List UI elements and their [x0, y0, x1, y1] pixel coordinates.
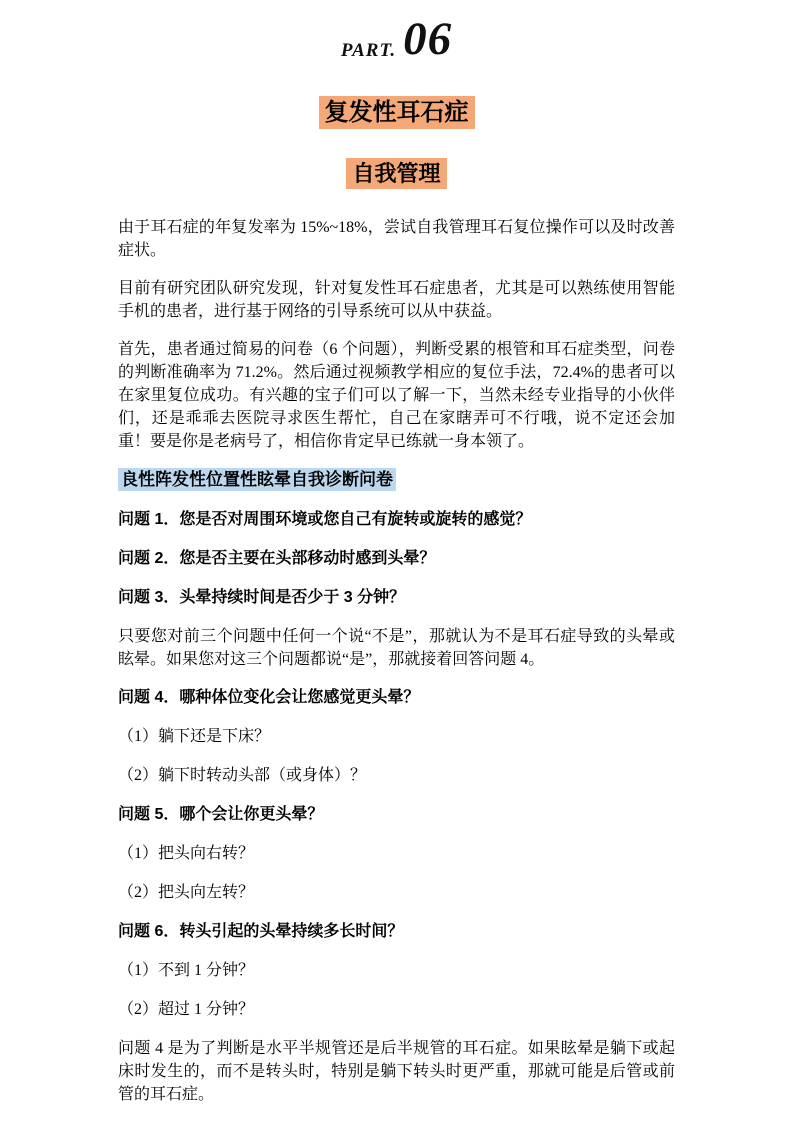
question-5: 问题 5．哪个会让你更头晕？ [118, 803, 675, 826]
part-header: PART.06 [0, 0, 793, 66]
main-title: 复发性耳石症 [319, 96, 475, 129]
question-6-option-1: （1）不到 1 分钟？ [118, 959, 675, 982]
intro-paragraph-2: 目前有研究团队研究发现，针对复发性耳石症患者，尤其是可以熟练使用智能手机的患者，… [118, 277, 675, 323]
question-5-option-1: （1）把头向右转？ [118, 842, 675, 865]
document-body: 由于耳石症的年复发率为 15%~18%，尝试自我管理耳石复位操作可以及时改善症状… [118, 216, 675, 1106]
question-4-option-1: （1）躺下还是下床？ [118, 725, 675, 748]
intro-paragraph-3: 首先，患者通过简易的问卷（6 个问题），判断受累的根管和耳石症类型，问卷的判断准… [118, 338, 675, 453]
subtitle-row: 自我管理 [0, 157, 793, 188]
question-2: 问题 2．您是否主要在头部移动时感到头晕？ [118, 547, 675, 570]
question-3: 问题 3．头晕持续时间是否少于 3 分钟？ [118, 586, 675, 609]
main-title-row: 复发性耳石症 [0, 92, 793, 127]
question-5-option-2: （2）把头向左转？ [118, 881, 675, 904]
part-label: PART. [341, 40, 396, 61]
questionnaire-header-row: 良性阵发性位置性眩晕自我诊断问卷 [118, 468, 675, 492]
intro-paragraph-1: 由于耳石症的年复发率为 15%~18%，尝试自我管理耳石复位操作可以及时改善症状… [118, 216, 675, 262]
question-6-option-2: （2）超过 1 分钟？ [118, 998, 675, 1021]
closing-note: 问题 4 是为了判断是水平半规管还是后半规管的耳石症。如果眩晕是躺下或起床时发生… [118, 1037, 675, 1106]
questionnaire-header: 良性阵发性位置性眩晕自我诊断问卷 [118, 468, 396, 491]
question-4-option-2: （2）躺下时转动头部（或身体）？ [118, 764, 675, 787]
part-number: 06 [403, 13, 452, 65]
question-6: 问题 6．转头引起的头晕持续多长时间？ [118, 920, 675, 943]
document-page: PART.06 复发性耳石症 自我管理 由于耳石症的年复发率为 15%~18%，… [0, 0, 793, 1122]
note-after-question-3: 只要您对前三个问题中任何一个说“不是”，那就认为不是耳石症导致的头晕或眩晕。如果… [118, 625, 675, 671]
question-4: 问题 4．哪种体位变化会让您感觉更头晕？ [118, 686, 675, 709]
subtitle: 自我管理 [346, 158, 446, 189]
question-1: 问题 1．您是否对周围环境或您自己有旋转或旋转的感觉？ [118, 508, 675, 531]
